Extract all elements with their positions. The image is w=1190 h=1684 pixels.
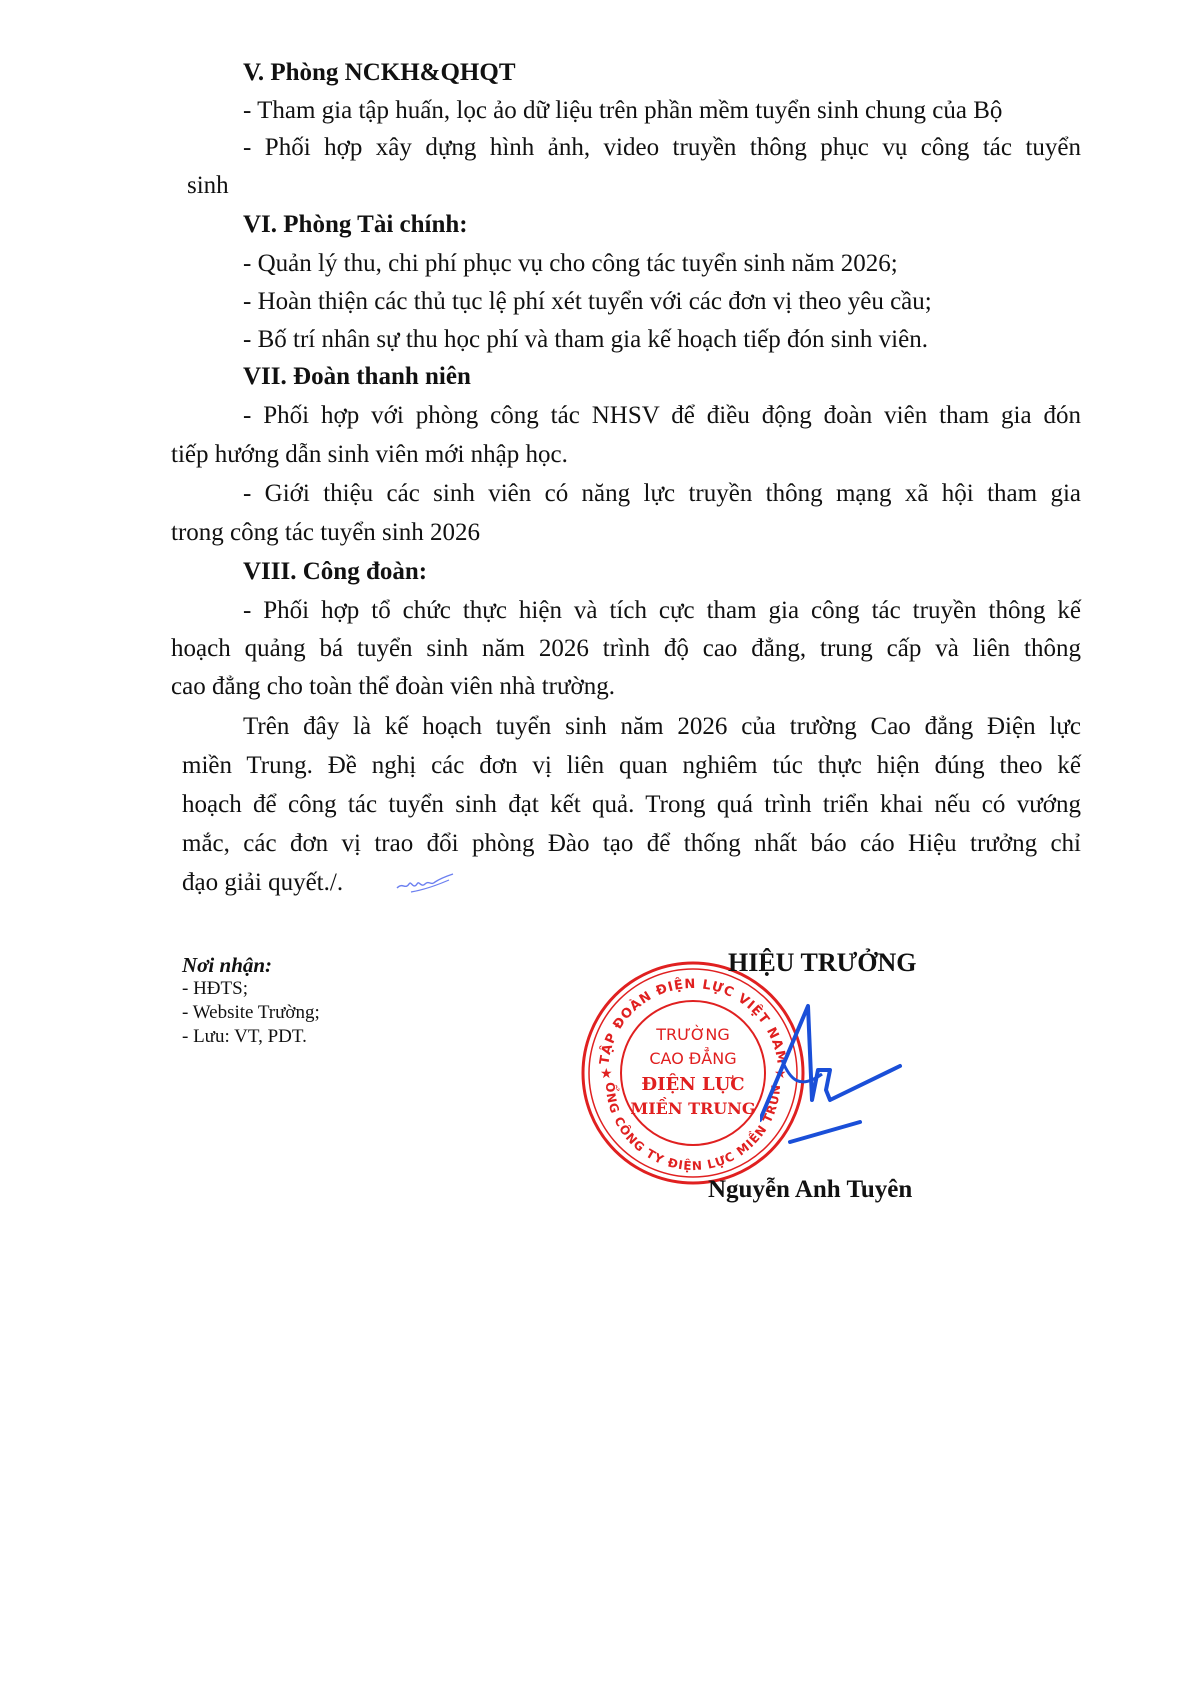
svg-text:TRƯỜNG: TRƯỜNG xyxy=(655,1025,730,1044)
recipient-item: - Website Trường; xyxy=(182,1002,320,1024)
section-heading-vii: VII. Đoàn thanh niên xyxy=(243,362,471,392)
signature-title: HIỆU TRƯỞNG xyxy=(728,948,917,978)
recipients-title: Nơi nhận: xyxy=(182,954,272,976)
section-vii-line-2: tiếp hướng dẫn sinh viên mới nhập học. xyxy=(171,440,568,470)
closing-line-3: hoạch để công tác tuyển sinh đạt kết quả… xyxy=(182,790,1081,820)
section-viii-line-3: cao đẳng cho toàn thể đoàn viên nhà trườ… xyxy=(171,672,615,702)
section-v-line-2: - Phối hợp xây dựng hình ảnh, video truy… xyxy=(243,133,1081,163)
section-heading-v: V. Phòng NCKH&QHQT xyxy=(243,58,516,88)
section-vii-line-4: trong công tác tuyển sinh 2026 xyxy=(171,518,480,548)
section-viii-line-1: - Phối hợp tổ chức thực hiện và tích cực… xyxy=(243,596,1081,626)
svg-text:MIỀN TRUNG: MIỀN TRUNG xyxy=(630,1096,755,1118)
initials-scribble-icon xyxy=(395,872,455,896)
section-vi-line-2: - Hoàn thiện các thủ tục lệ phí xét tuyể… xyxy=(243,287,932,317)
section-v-line-1: - Tham gia tập huấn, lọc ảo dữ liệu trên… xyxy=(243,96,1002,126)
recipient-item: - HĐTS; xyxy=(182,978,248,1000)
section-vi-line-3: - Bố trí nhân sự thu học phí và tham gia… xyxy=(243,325,928,355)
handwritten-signature-icon xyxy=(760,990,930,1180)
signer-name: Nguyễn Anh Tuyên xyxy=(708,1176,912,1204)
closing-line-2: miền Trung. Đề nghị các đơn vị liên quan… xyxy=(182,751,1081,781)
closing-line-1: Trên đây là kế hoạch tuyển sinh năm 2026… xyxy=(243,712,1081,742)
svg-text:ĐIỆN LỰC: ĐIỆN LỰC xyxy=(641,1072,744,1095)
recipient-item: - Lưu: VT, PDT. xyxy=(182,1026,307,1048)
section-v-line-3: sinh xyxy=(187,171,229,201)
closing-line-5: đạo giải quyết./. xyxy=(182,868,343,898)
section-vi-line-1: - Quản lý thu, chi phí phục vụ cho công … xyxy=(243,249,898,279)
closing-line-4: mắc, các đơn vị trao đổi phòng Đào tạo đ… xyxy=(182,829,1081,859)
section-vii-line-3: - Giới thiệu các sinh viên có năng lực t… xyxy=(243,479,1081,509)
section-heading-vi: VI. Phòng Tài chính: xyxy=(243,210,468,240)
section-heading-viii: VIII. Công đoàn: xyxy=(243,557,427,587)
section-vii-line-1: - Phối hợp với phòng công tác NHSV để đi… xyxy=(243,401,1081,431)
section-viii-line-2: hoạch quảng bá tuyển sinh năm 2026 trình… xyxy=(171,634,1081,664)
svg-text:CAO ĐẲNG: CAO ĐẲNG xyxy=(649,1047,736,1068)
svg-text:★: ★ xyxy=(600,1067,613,1082)
